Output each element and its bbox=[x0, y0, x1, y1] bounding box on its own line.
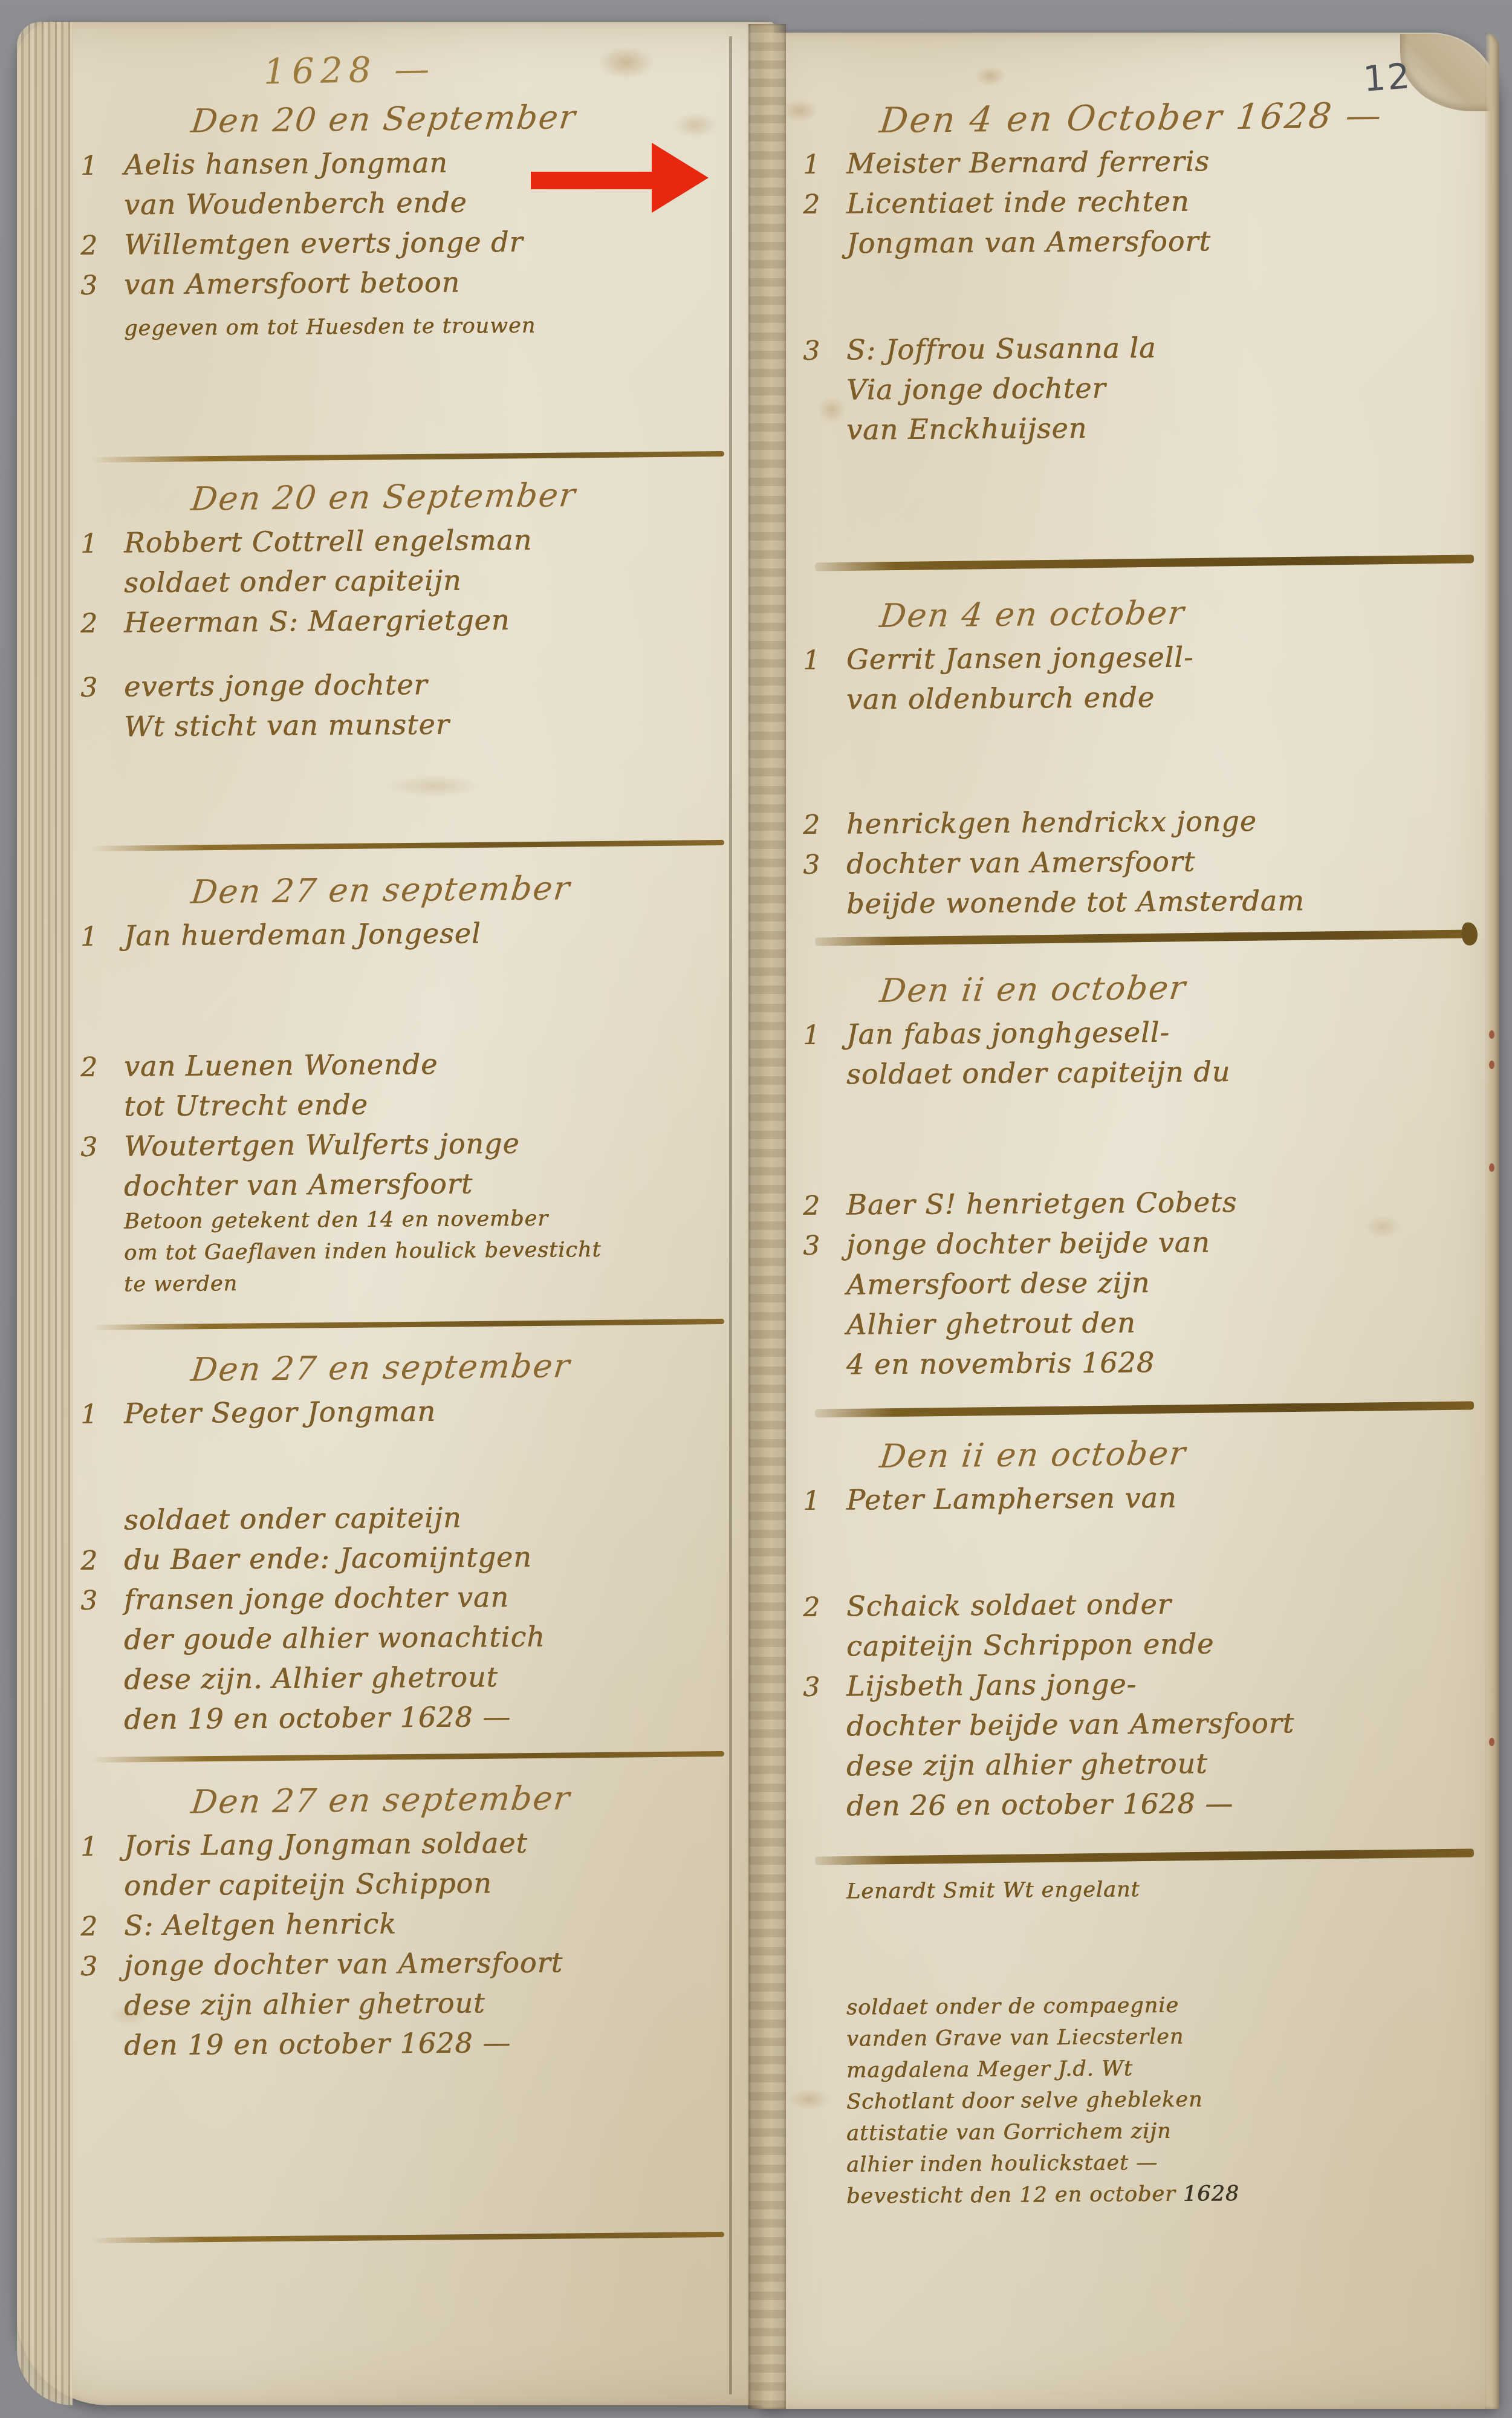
entry-line: 2Schaick soldaet onder bbox=[846, 1582, 1469, 1626]
margin-number: 1 bbox=[80, 1395, 98, 1435]
left-page-edge-stack bbox=[17, 22, 73, 2405]
entry-line: soldaet onder capiteijn du bbox=[846, 1050, 1469, 1094]
margin-number: 2 bbox=[80, 604, 98, 644]
entry-date-heading: Den 20 en September bbox=[189, 91, 732, 145]
margin-number: 1 bbox=[80, 146, 98, 186]
entry-divider-line bbox=[91, 2232, 724, 2243]
entry-line: Lenardt Smit Wt engelant bbox=[846, 1871, 1469, 1907]
entry-text: S: Aeltgen henrick bbox=[124, 1907, 397, 1942]
entry-line: den 26 en october 1628 — bbox=[846, 1781, 1469, 1825]
entry-date-heading: Den ii en october bbox=[877, 1426, 1472, 1481]
margin-number: 2 bbox=[80, 226, 98, 266]
entry-line: Betoon getekent den 14 en november bbox=[124, 1202, 728, 1238]
entry-text: om tot Gaeflaven inden houlick bevestich… bbox=[124, 1238, 602, 1266]
entry-text: van Woudenberch ende bbox=[124, 186, 467, 221]
entry-text: soldaet onder capiteijn bbox=[124, 1501, 462, 1536]
entry-line: alhier inden houlickstaet — bbox=[846, 2145, 1469, 2180]
entry-line: van oldenburch ende bbox=[846, 675, 1469, 719]
entry-date-heading: Den 27 en september bbox=[189, 1772, 732, 1826]
entry-divider-line bbox=[815, 1401, 1474, 1417]
entry-line: 1Gerrit Jansen jongesell- bbox=[846, 635, 1469, 679]
entry-text: 4 en novembris 1628 bbox=[846, 1346, 1155, 1381]
entry-line: 1Peter Lamphersen van bbox=[846, 1475, 1469, 1519]
entry-text: fransen jonge dochter van bbox=[124, 1581, 509, 1616]
entry-line: 3S: Joffrou Susanna la bbox=[846, 325, 1469, 369]
entry-line: 3Woutertgen Wulferts jonge bbox=[124, 1122, 728, 1166]
entry-block: Den 27 en september1Peter Segor Jongmans… bbox=[124, 1343, 728, 1737]
entry-line: soldaet onder capiteijn bbox=[124, 1496, 728, 1540]
entry-text: Woutertgen Wulferts jonge bbox=[124, 1127, 520, 1163]
entry-text: dese zijn. Alhier ghetrout bbox=[124, 1660, 498, 1695]
entry-text: soldaet onder capiteijn du bbox=[846, 1055, 1231, 1090]
entry-date-heading: Den 4 en october bbox=[877, 586, 1472, 640]
entry-text: Lijsbeth Jans jonge- bbox=[846, 1668, 1137, 1702]
margin-number: 3 bbox=[80, 668, 98, 708]
entry-text: Peter Segor Jongman bbox=[124, 1395, 436, 1430]
margin-number: 3 bbox=[80, 1128, 98, 1168]
entry-text: dese zijn alhier ghetrout bbox=[124, 1986, 485, 2021]
entry-divider-line bbox=[815, 554, 1474, 571]
paper-stain bbox=[787, 2088, 831, 2110]
entry-text: dochter van Amersfoort bbox=[846, 845, 1195, 880]
paper-stain bbox=[1364, 1215, 1401, 1239]
entry-text: Via jonge dochter bbox=[846, 372, 1106, 406]
fore-edge bbox=[1485, 33, 1499, 2409]
entry-text: Wt sticht van munster bbox=[124, 708, 450, 743]
red-arrow-shaft bbox=[531, 172, 653, 189]
entry-text: jonge dochter beijde van bbox=[846, 1226, 1210, 1261]
margin-number: 2 bbox=[803, 805, 820, 845]
entry-line: om tot Gaeflaven inden houlick bevestich… bbox=[124, 1233, 728, 1269]
entry-text: Aelis hansen Jongman bbox=[124, 146, 448, 181]
margin-number: 1 bbox=[803, 1016, 820, 1056]
entry-text: du Baer ende: Jacomijntgen bbox=[124, 1541, 532, 1576]
entry-line: soldaet onder de compaegnie bbox=[846, 1987, 1469, 2023]
entry-line: van Enckhuijsen bbox=[846, 405, 1469, 449]
entry-text: gegeven om tot Huesden te trouwen bbox=[124, 314, 536, 341]
entry-text: van Amersfoort betoon bbox=[124, 266, 460, 301]
margin-number: 1 bbox=[80, 1827, 98, 1867]
entry-line: den 19 en october 1628 — bbox=[124, 1695, 728, 1740]
fore-edge-speck bbox=[1489, 1030, 1494, 1039]
paper-stain bbox=[781, 99, 819, 122]
entry-line: 2henrickgen hendrickx jonge bbox=[846, 799, 1469, 843]
entry-text: S: Joffrou Susanna la bbox=[846, 331, 1157, 366]
entry-divider-line bbox=[91, 840, 724, 851]
entry-line: 3van Amersfoort betoon bbox=[124, 261, 728, 305]
entry-line: gegeven om tot Huesden te trouwen bbox=[124, 309, 728, 345]
entry-text: te werden bbox=[124, 1272, 238, 1296]
entry-text: Alhier ghetrout den bbox=[846, 1306, 1136, 1341]
entry-text: Meister Bernard ferreris bbox=[846, 145, 1210, 180]
entry-text: Betoon getekent den 14 en november bbox=[124, 1207, 548, 1234]
entry-date-heading: Den 27 en september bbox=[189, 862, 732, 916]
entry-divider-line bbox=[815, 1848, 1474, 1865]
entry-text: magdalena Meger J.d. Wt bbox=[846, 2056, 1133, 2082]
paper-stain bbox=[386, 775, 482, 798]
entry-line: 3jonge dochter van Amersfoort bbox=[124, 1942, 728, 1986]
entry-text: den 19 en october 1628 — bbox=[124, 1700, 511, 1735]
paper-stain bbox=[108, 2005, 150, 2026]
entry-line: 3Lijsbeth Jans jonge- bbox=[846, 1662, 1469, 1706]
margin-number: 2 bbox=[803, 185, 820, 225]
fore-edge-speck bbox=[1489, 1061, 1494, 1069]
paper-stain bbox=[975, 66, 1006, 86]
entry-text: Jan fabas jonghgesell- bbox=[846, 1016, 1170, 1051]
margin-number: 3 bbox=[803, 1226, 820, 1266]
entry-line: dese zijn alhier ghetrout bbox=[846, 1741, 1469, 1786]
margin-number: 2 bbox=[80, 1048, 98, 1088]
entry-text: van Enckhuijsen bbox=[846, 412, 1088, 446]
margin-number: 1 bbox=[803, 641, 820, 681]
margin-number: 3 bbox=[80, 1581, 98, 1621]
margin-number: 2 bbox=[80, 1907, 98, 1947]
entry-line: Via jonge dochter bbox=[846, 365, 1469, 409]
red-arrow-head-icon bbox=[652, 143, 709, 213]
entry-text: soldaet onder capiteijn bbox=[124, 564, 462, 599]
entry-line: dochter beijde van Amersfoort bbox=[846, 1701, 1469, 1746]
entry-text: Licentiaet inde rechten bbox=[846, 185, 1190, 220]
manuscript-scan: 1628 — Den 20 en September1Aelis hansen … bbox=[0, 0, 1512, 2418]
margin-number: 3 bbox=[803, 845, 820, 885]
entry-text: der goude alhier wonachtich bbox=[124, 1620, 545, 1656]
entry-text: Peter Lamphersen van bbox=[846, 1481, 1177, 1516]
entry-line: dese zijn. Alhier ghetrout bbox=[124, 1656, 728, 1700]
entry-text: Jan huerdeman Jongesel bbox=[124, 917, 481, 952]
fore-edge-speck bbox=[1489, 1163, 1494, 1172]
margin-number: 1 bbox=[803, 1481, 820, 1521]
entry-line: capiteijn Schrippon ende bbox=[846, 1622, 1469, 1666]
margin-number: 1 bbox=[80, 524, 98, 564]
entry-text: Lenardt Smit Wt engelant bbox=[846, 1877, 1140, 1903]
entry-line: soldaet onder capiteijn bbox=[124, 559, 728, 603]
entry-text: dese zijn alhier ghetrout bbox=[846, 1747, 1208, 1782]
year-label: 1628 — bbox=[263, 48, 435, 93]
entry-line: 1Jan huerdeman Jongesel bbox=[124, 912, 728, 956]
entry-text: alhier inden houlickstaet — bbox=[846, 2151, 1158, 2177]
paper-stain bbox=[673, 112, 718, 138]
entry-text: onder capiteijn Schippon bbox=[124, 1867, 492, 1902]
entry-line: 1Joris Lang Jongman soldaet bbox=[124, 1822, 728, 1866]
entry-date-heading: Den 20 en September bbox=[189, 469, 732, 523]
entry-block: Den ii en october1Peter Lamphersen van2S… bbox=[846, 1429, 1469, 1824]
entry-block: Lenardt Smit Wt engelantsoldaet onder de… bbox=[846, 1874, 1469, 2210]
margin-number: 2 bbox=[80, 1541, 98, 1581]
entry-block: Den 20 en September1Aelis hansen Jongman… bbox=[124, 94, 728, 342]
entry-date-heading: Den 27 en september bbox=[189, 1340, 732, 1394]
entry-text: bevesticht den 12 en october bbox=[846, 2182, 1183, 2209]
paper-stain bbox=[817, 395, 846, 424]
entry-text: Joris Lang Jongman soldaet bbox=[124, 1827, 528, 1862]
entry-line: 2van Luenen Wonende bbox=[124, 1042, 728, 1087]
right-page: 12 Den 4 en October 1628 —1Meister Berna… bbox=[763, 33, 1499, 2409]
entry-line: attistatie van Gorrichem zijn bbox=[846, 2113, 1469, 2149]
entry-text: den 26 en october 1628 — bbox=[846, 1787, 1234, 1822]
margin-number: 2 bbox=[803, 1186, 820, 1226]
margin-number: 2 bbox=[803, 1588, 820, 1628]
entry-divider-line bbox=[91, 1751, 724, 1763]
entry-line: 3fransen jonge dochter van bbox=[124, 1576, 728, 1620]
entry-text: henrickgen hendrickx jonge bbox=[846, 805, 1257, 840]
entry-text: Jongman van Amersfoort bbox=[846, 224, 1211, 259]
entry-date-heading: Den ii en october bbox=[877, 961, 1472, 1015]
entry-line: dochter van Amersfoort bbox=[124, 1162, 728, 1206]
entry-divider-line bbox=[815, 929, 1474, 946]
entry-line: 3everts jonge dochter bbox=[124, 663, 728, 707]
entry-text: Schotlant door selve ghebleken bbox=[846, 2087, 1203, 2114]
entry-date-heading: Den 4 en October 1628 — bbox=[877, 90, 1472, 145]
margin-number: 3 bbox=[80, 1947, 98, 1987]
entry-line: tot Utrecht ende bbox=[124, 1082, 728, 1126]
margin-number: 3 bbox=[803, 331, 820, 371]
entry-line: bevesticht den 12 en october 1628 bbox=[846, 2176, 1469, 2212]
entry-line: dese zijn alhier ghetrout bbox=[124, 1981, 728, 2026]
entry-line: 2S: Aeltgen henrick bbox=[124, 1902, 728, 1946]
entry-line: onder capiteijn Schippon bbox=[124, 1862, 728, 1906]
entry-block: Den 4 en october1Gerrit Jansen jongesell… bbox=[846, 589, 1469, 921]
paper-stain bbox=[256, 1243, 293, 1261]
left-page: 1628 — Den 20 en September1Aelis hansen … bbox=[17, 22, 774, 2405]
entry-text: soldaet onder de compaegnie bbox=[846, 1994, 1179, 2020]
entry-line: 1Jan fabas jonghgesell- bbox=[846, 1010, 1469, 1054]
entry-divider-line bbox=[91, 451, 724, 463]
entry-line: 2Licentiaet inde rechten bbox=[846, 179, 1469, 223]
fore-edge-speck bbox=[1489, 1738, 1494, 1746]
entry-text: Amersfoort dese zijn bbox=[846, 1266, 1150, 1301]
entry-block: Den 4 en October 1628 —1Meister Bernard … bbox=[846, 93, 1469, 447]
entry-line: beijde wonende tot Amsterdam bbox=[846, 879, 1469, 923]
entry-line: Jongman van Amersfoort bbox=[846, 219, 1469, 263]
entry-text: tot Utrecht ende bbox=[124, 1088, 368, 1123]
entry-text: everts jonge dochter bbox=[124, 668, 428, 703]
entry-text: dochter van Amersfoort bbox=[124, 1167, 473, 1202]
entry-block: Den 27 en september1Jan huerdeman Jonges… bbox=[124, 865, 728, 1298]
entry-line: 1Robbert Cottrell engelsman bbox=[124, 519, 728, 563]
entry-text: dochter beijde van Amersfoort bbox=[846, 1706, 1294, 1742]
entry-line: 2Heerman S: Maergrietgen bbox=[124, 599, 728, 643]
entry-text: vanden Grave van Liecsterlen bbox=[846, 2025, 1184, 2052]
entry-text-dark: 1628 bbox=[1183, 2182, 1239, 2206]
entry-block: Den 27 en september1Joris Lang Jongman s… bbox=[124, 1775, 728, 2063]
entry-text: van Luenen Wonende bbox=[124, 1048, 438, 1083]
entry-text: attistatie van Gorrichem zijn bbox=[846, 2119, 1172, 2146]
entry-line: 3dochter van Amersfoort bbox=[846, 839, 1469, 883]
entry-line: 1Peter Segor Jongman bbox=[124, 1389, 728, 1434]
entry-line: Wt sticht van munster bbox=[124, 703, 728, 747]
entry-line: Alhier ghetrout den bbox=[846, 1300, 1469, 1344]
margin-number: 1 bbox=[803, 145, 820, 185]
gutter bbox=[748, 24, 786, 2409]
entry-block: Den ii en october1Jan fabas jonghgesell-… bbox=[846, 964, 1469, 1382]
entry-line: Schotlant door selve ghebleken bbox=[846, 2082, 1469, 2117]
entry-text: Robbert Cottrell engelsman bbox=[124, 524, 533, 559]
entry-text: Heerman S: Maergrietgen bbox=[124, 603, 510, 639]
paper-stain bbox=[597, 46, 655, 79]
entry-text: Schaick soldaet onder bbox=[846, 1588, 1172, 1623]
entry-line: vanden Grave van Liecsterlen bbox=[846, 2019, 1469, 2055]
entry-text: Gerrit Jansen jongesell- bbox=[846, 641, 1194, 676]
margin-number: 1 bbox=[80, 917, 98, 957]
entry-text: beijde wonende tot Amsterdam bbox=[846, 884, 1305, 920]
entry-text: Baer S! henrietgen Cobets bbox=[846, 1186, 1238, 1221]
entry-line: der goude alhier wonachtich bbox=[124, 1616, 728, 1660]
entry-line: 2du Baer ende: Jacomijntgen bbox=[124, 1536, 728, 1580]
entry-text: jonge dochter van Amersfoort bbox=[124, 1946, 563, 1981]
margin-number: 3 bbox=[80, 266, 98, 306]
entry-text: van oldenburch ende bbox=[846, 681, 1155, 716]
entry-block: Den 20 en September1Robbert Cottrell eng… bbox=[124, 472, 728, 744]
entry-text: capiteijn Schrippon ende bbox=[846, 1627, 1215, 1662]
entry-divider-line bbox=[91, 1319, 724, 1330]
entry-text: Willemtgen everts jonge dr bbox=[124, 226, 524, 261]
entry-line: magdalena Meger J.d. Wt bbox=[846, 2050, 1469, 2086]
entry-line: 4 en novembris 1628 bbox=[846, 1340, 1469, 1384]
entry-line: te werden bbox=[124, 1265, 728, 1301]
entry-text: den 19 en october 1628 — bbox=[124, 2026, 511, 2061]
entry-line: Amersfoort dese zijn bbox=[846, 1260, 1469, 1304]
entry-line: 2Willemtgen everts jonge dr bbox=[124, 221, 728, 265]
margin-number: 3 bbox=[803, 1668, 820, 1708]
entry-line: den 19 en october 1628 — bbox=[124, 2021, 728, 2065]
gutter-crease bbox=[729, 36, 732, 2394]
entry-line: 1Meister Bernard ferreris bbox=[846, 139, 1469, 183]
